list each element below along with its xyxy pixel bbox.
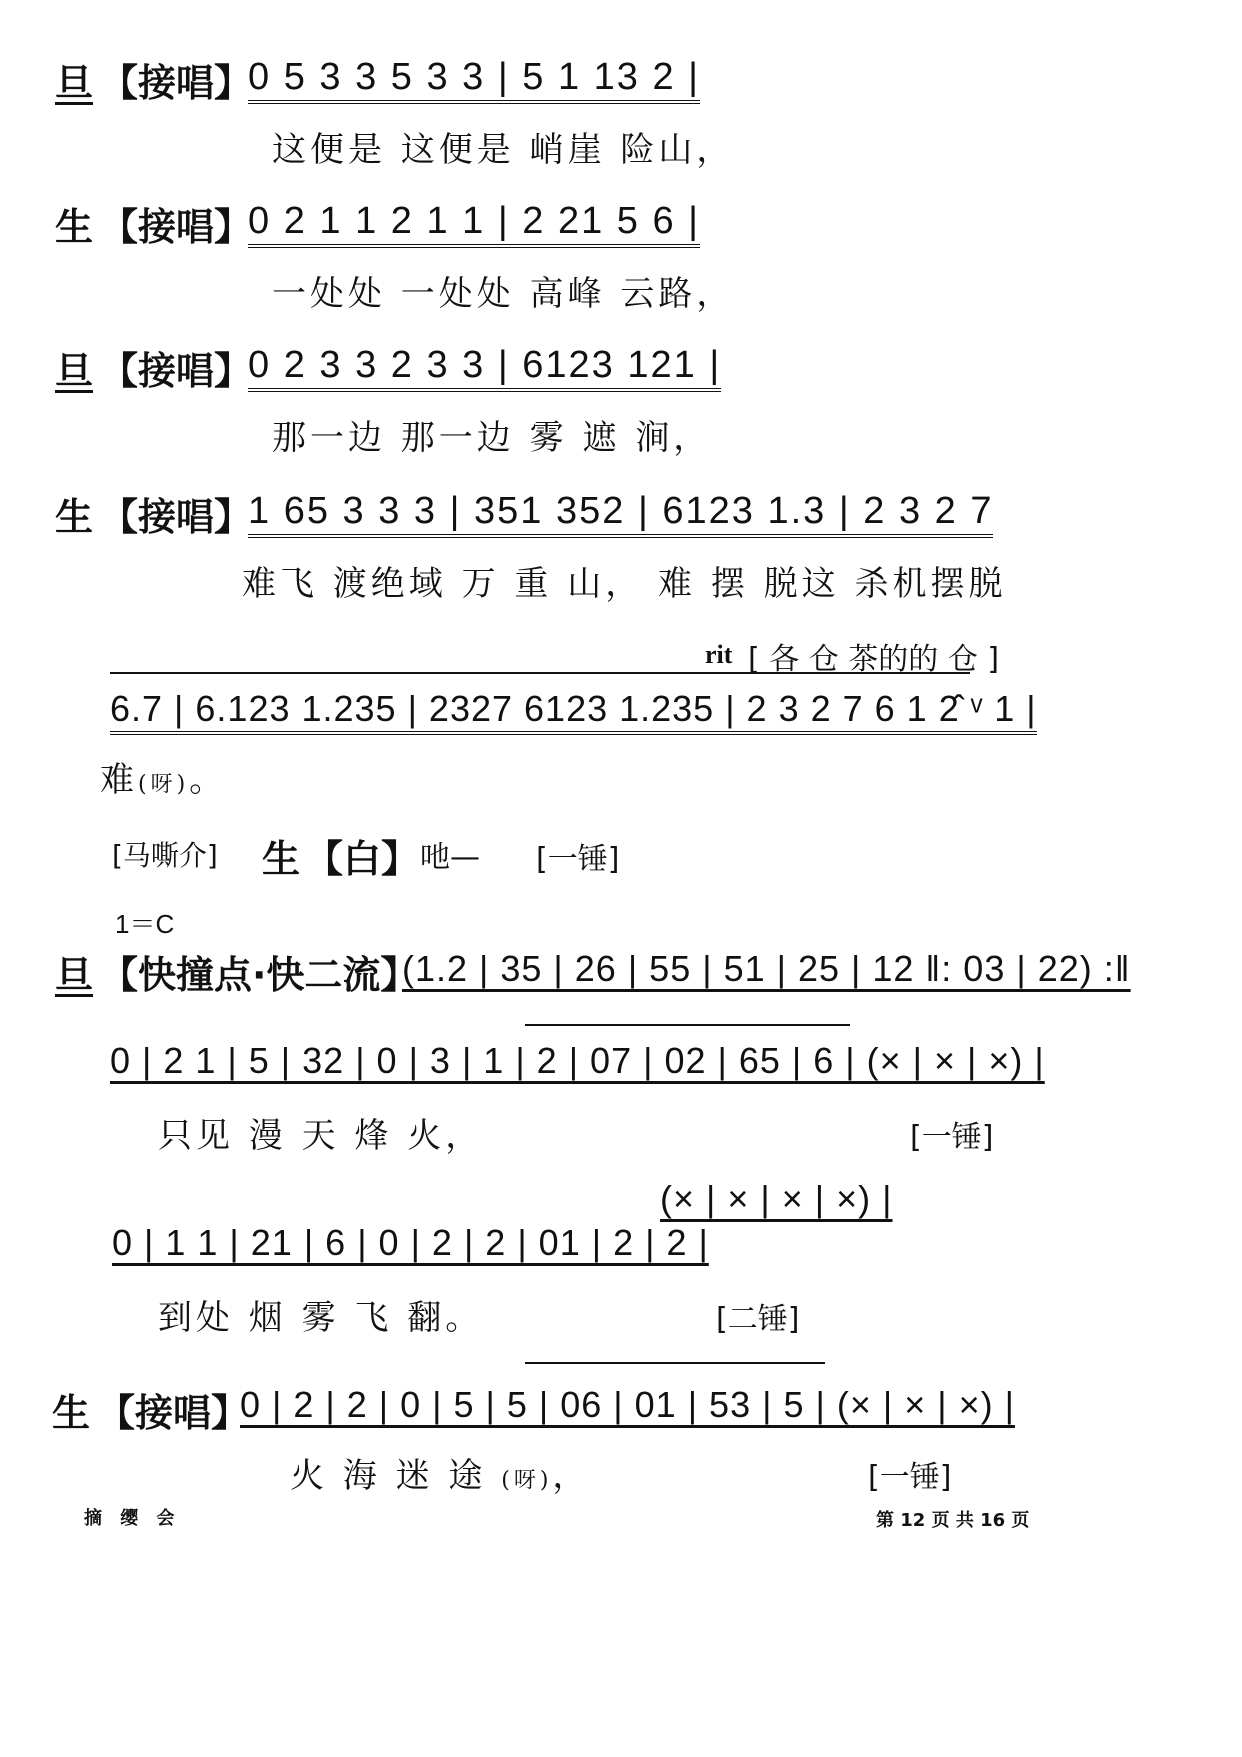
speech-text: 吔— [420,832,480,876]
notation-row-a: 0 | 2 1 | 5 | 32 | 0 | 3 | 1 | 2 | 07 | … [110,1040,1045,1082]
notation-line-4: 1 65 3 3 3 | 351 352 | 6123 1.3 | 2 3 2 … [248,490,993,533]
notation-line-3: 0 2 3 3 2 3 3 | 6123 121 | [248,344,721,387]
phrase-bracket [110,672,970,674]
role-label-dan: 旦 [55,944,93,999]
aria-tag: 【接唱】 [100,340,252,395]
key-signature: 1＝C [115,904,174,941]
aria-tag: 【接唱】 [100,52,252,107]
lyrics-row-b: 到处 烟 雾 飞 翻。 [158,1290,483,1339]
role-label-dan: 旦 [55,52,93,107]
lyrics-row-a: 只见 漫 天 烽 火， [158,1108,483,1157]
role-label-dan: 旦 [55,340,93,395]
aria-tag: 【接唱】 [97,1382,249,1437]
percussion-cue: [一锤] [868,1452,951,1496]
footer-title: 摘 缨 会 [84,1504,181,1530]
interlude-cue: [马嘶介] [112,834,218,874]
notation-row-c: 0 | 2 | 2 | 0 | 5 | 5 | 06 | 01 | 53 | 5… [240,1384,1015,1426]
lyrics-line-4: 难飞 渡绝域 万 重 山， 难 摆 脱这 杀机摆脱 [242,556,1006,605]
percussion-notation: (× | × | × | ×) | [660,1178,893,1220]
footer-page-number: 第 12 页 共 16 页 [876,1506,1029,1532]
rit-marking: rit [705,640,732,670]
lyrics-continuation: 难(呀)。 [100,752,227,801]
notation-row-b: 0 | 1 1 | 21 | 6 | 0 | 2 | 2 | 01 | 2 | … [112,1222,709,1264]
percussion-cue: [二锤] [716,1294,799,1338]
lyrics-line-3: 那一边 那一边 雾 遮 涧， [272,410,711,459]
role-label-sheng: 生 [55,486,93,541]
role-label-sheng: 生 [55,196,93,251]
notation-continuation: 6.7 | 6.123 1.235 | 2327 6123 1.235 | 2 … [110,688,1037,730]
aria-tag: 【快撞点·快二流】 [100,944,418,999]
aria-tag: 【接唱】 [100,486,252,541]
lyrics-line-2: 一处处 一处处 高峰 云路， [272,266,734,315]
aria-tag: 【接唱】 [100,196,252,251]
role-label-sheng: 生 [52,1382,90,1437]
lyrics-row-c: 火 海 迷 途 (呀)， [290,1448,590,1497]
phrase-bracket [525,1024,850,1026]
percussion-cue: [一锤] [536,834,619,878]
percussion-cue: [一锤] [910,1112,993,1156]
phrase-bracket [525,1362,825,1364]
notation-line-2: 0 2 1 1 2 1 1 | 2 21 5 6 | [248,200,700,243]
lyrics-line-1: 这便是 这便是 峭崖 险山， [272,122,734,171]
notation-line-1: 0 5 3 3 5 3 3 | 5 1 13 2 | [248,56,700,99]
role-label-sheng: 生 [262,828,300,883]
speech-tag: 【白】 [305,828,419,883]
notation-section2-intro: (1.2 | 35 | 26 | 55 | 51 | 25 | 12 ‖: 03… [402,948,1131,990]
